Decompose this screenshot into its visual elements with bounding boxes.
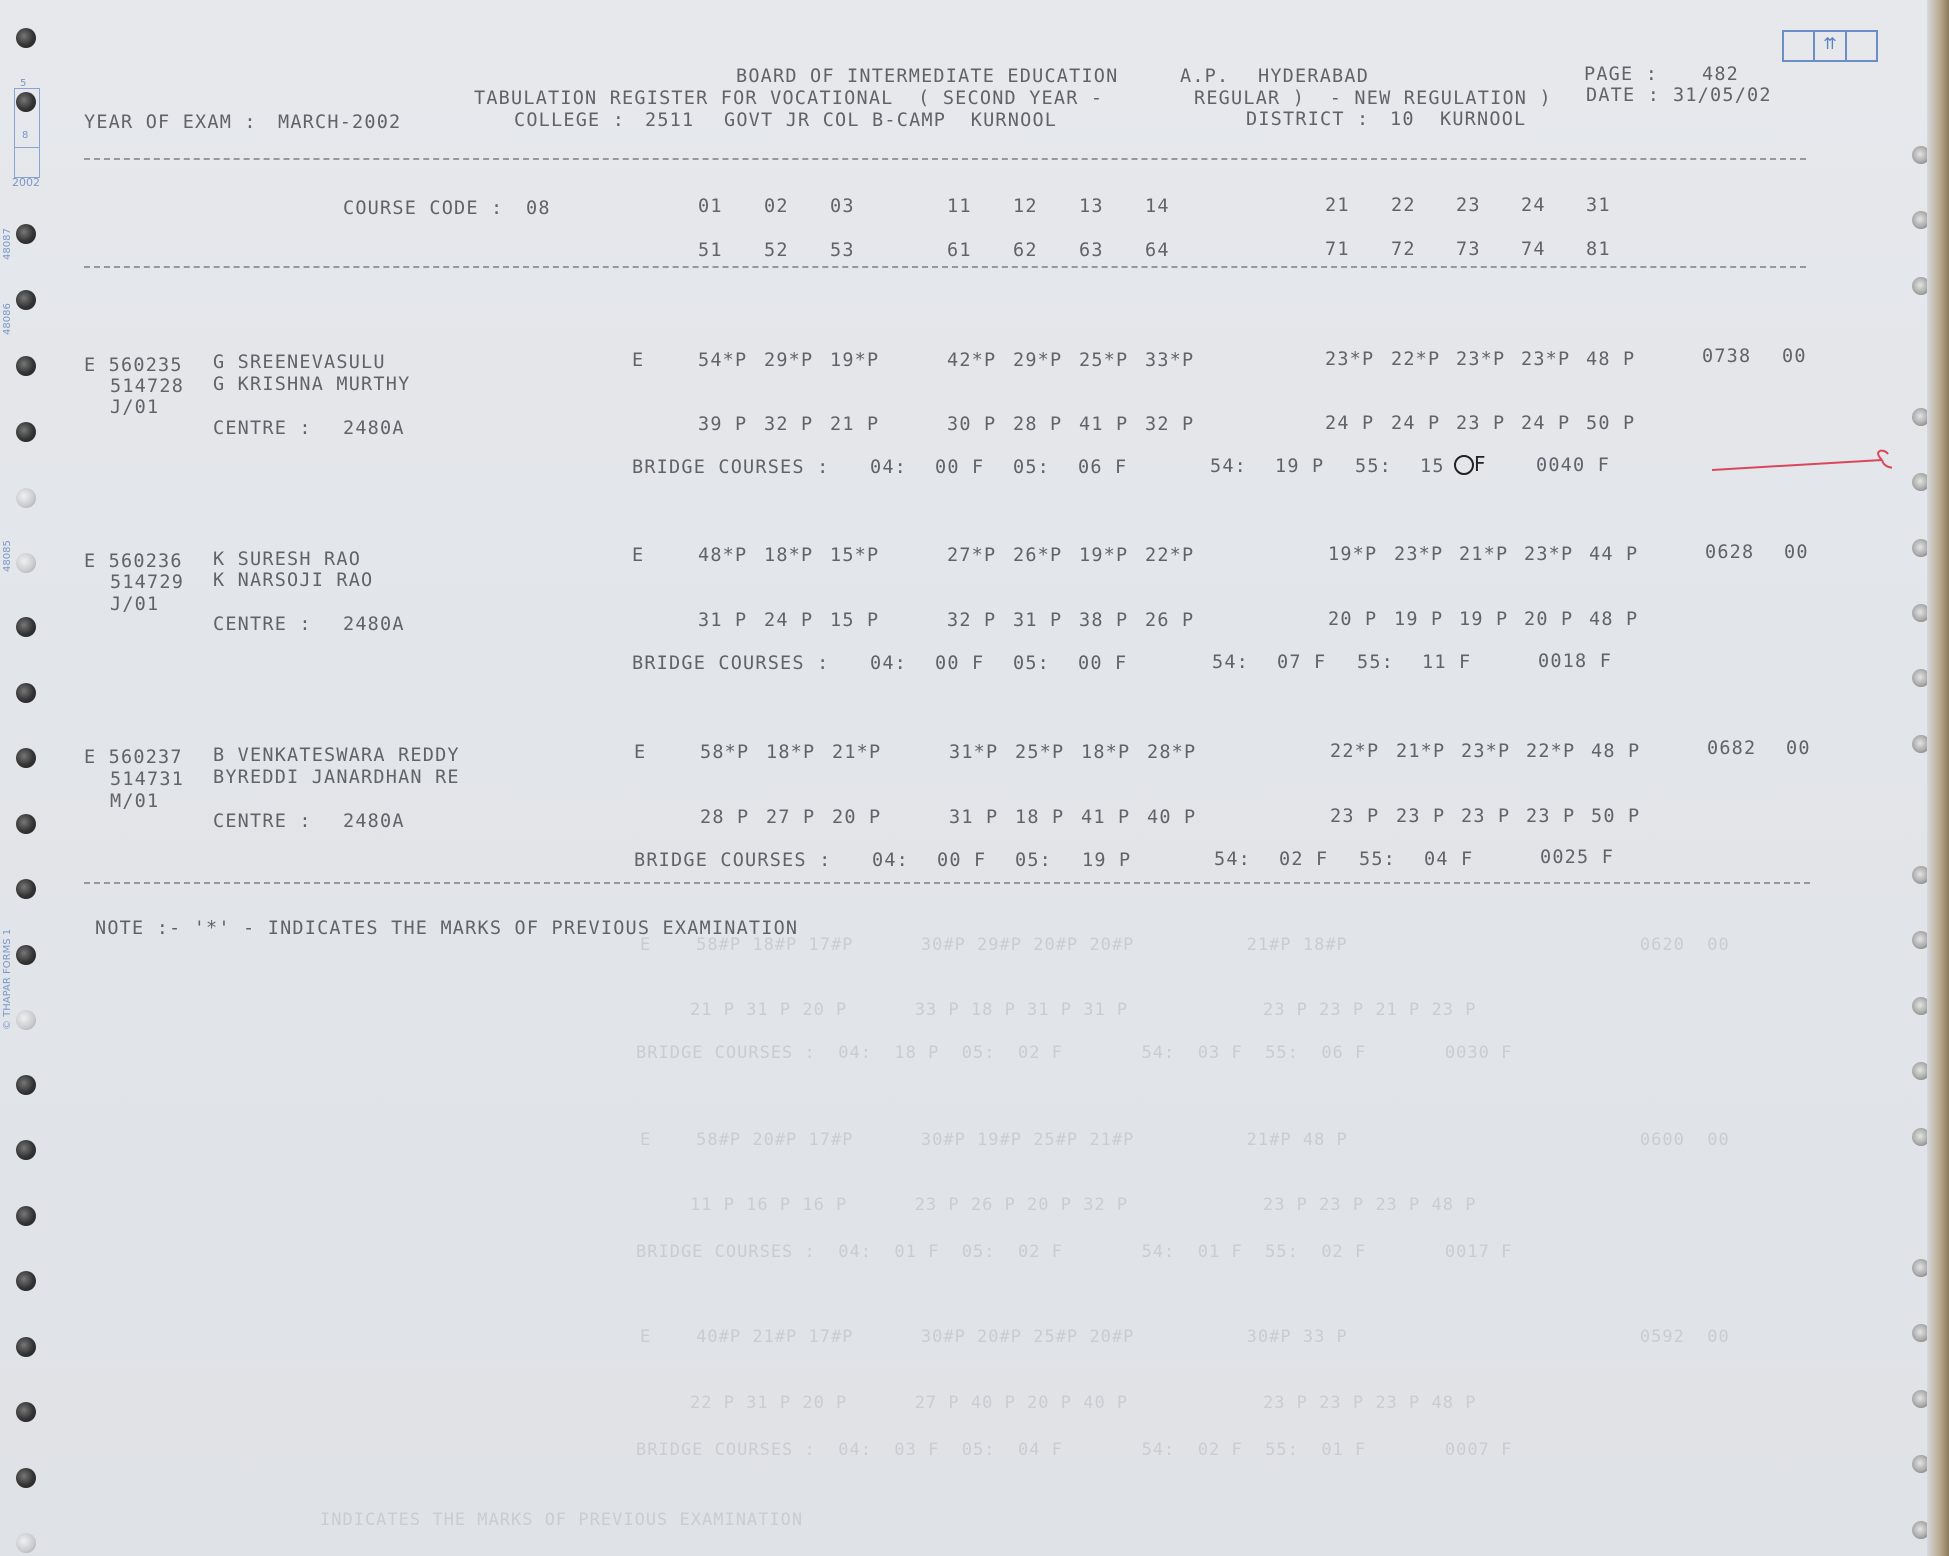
medium: E <box>634 742 646 763</box>
bridge-mark: 02 F <box>1279 849 1328 870</box>
college-code: 2511 <box>645 110 694 131</box>
centre-label: CENTRE : <box>213 418 312 439</box>
mark: 20 P <box>1524 609 1573 630</box>
category: M/01 <box>110 791 159 812</box>
handwritten-fail-mark: F <box>1474 452 1486 476</box>
subject-code: 73 <box>1456 239 1481 260</box>
mark: 22*P <box>1526 741 1575 762</box>
bridge-code: 05: <box>1013 653 1050 674</box>
hall-ticket: E 560235 <box>84 355 183 376</box>
subject-code: 23 <box>1456 195 1481 216</box>
college-label: COLLEGE : <box>514 110 625 131</box>
mark: 19*P <box>830 350 879 371</box>
mark: 23 P <box>1396 806 1445 827</box>
records-footer-divider <box>84 882 1810 884</box>
mark: 23*P <box>1456 349 1505 370</box>
page-number: 482 <box>1702 64 1739 85</box>
mark: 23*P <box>1524 544 1573 565</box>
subject-code: 12 <box>1013 196 1038 217</box>
mark: 23*P <box>1521 349 1570 370</box>
margin-serial-2: 48086 <box>2 303 13 335</box>
subject-code: 14 <box>1145 196 1170 217</box>
stamp-arrows-icon: ⇈ <box>1815 34 1844 53</box>
subject-code: 02 <box>764 196 789 217</box>
mark: 26*P <box>1013 545 1062 566</box>
mark: 22*P <box>1145 545 1194 566</box>
mark: 41 P <box>1081 807 1130 828</box>
mark: 21*P <box>1459 544 1508 565</box>
mark: 23*P <box>1461 741 1510 762</box>
mark: 23*P <box>1325 349 1374 370</box>
mark: 42*P <box>947 350 996 371</box>
regulation-label: REGULAR ) - NEW REGULATION ) <box>1194 88 1552 109</box>
grand-total: 0682 <box>1707 738 1756 759</box>
mark: 38 P <box>1079 610 1128 631</box>
handwritten-circle-mark <box>1454 455 1474 475</box>
course-code-label: COURSE CODE : <box>343 198 503 219</box>
mark: 19*P <box>1079 545 1128 566</box>
mark: 27*P <box>947 545 996 566</box>
centre-code: 2480A <box>343 811 405 832</box>
header-divider <box>84 158 1806 160</box>
red-pen-annotation-icon <box>1712 448 1892 478</box>
subject-code: 51 <box>698 240 723 261</box>
college-name: GOVT JR COL B-CAMP KURNOOL <box>724 110 1057 131</box>
mark: 58*P <box>700 742 749 763</box>
subject-code: 24 <box>1521 195 1546 216</box>
reg-no: 514731 <box>110 769 184 790</box>
mark: 24 P <box>1325 413 1374 434</box>
subject-code: 01 <box>698 196 723 217</box>
bridge-mark: 11 F <box>1422 652 1471 673</box>
subject-code: 72 <box>1391 239 1416 260</box>
mark: 32 P <box>1145 414 1194 435</box>
mark: 32 P <box>764 414 813 435</box>
mark: 26 P <box>1145 610 1194 631</box>
print-date: 31/05/02 <box>1673 85 1772 106</box>
mark: 27 P <box>766 807 815 828</box>
hall-ticket: E 560236 <box>84 551 183 572</box>
subject-code: 11 <box>947 196 972 217</box>
mark: 23 P <box>1461 806 1510 827</box>
subject-code: 53 <box>830 240 855 261</box>
margin-box-mid-number: 8 <box>22 130 28 141</box>
medium: E <box>632 350 644 371</box>
medium: E <box>632 545 644 566</box>
course-code-value: 08 <box>526 198 551 219</box>
mark: 41 P <box>1079 414 1128 435</box>
subject-code: 52 <box>764 240 789 261</box>
district-code: 10 <box>1390 109 1415 130</box>
mark: 15*P <box>830 545 879 566</box>
subject-code: 21 <box>1325 195 1350 216</box>
centre-code: 2480A <box>343 418 405 439</box>
mark: 40 P <box>1147 807 1196 828</box>
mark: 19 P <box>1394 609 1443 630</box>
mark: 50 P <box>1586 413 1635 434</box>
mark: 54*P <box>698 350 747 371</box>
father-name: G KRISHNA MURTHY <box>213 374 410 395</box>
mark: 48 P <box>1589 609 1638 630</box>
category: J/01 <box>110 594 159 615</box>
grand-total: 0628 <box>1705 542 1754 563</box>
mark: 23 P <box>1330 806 1379 827</box>
mark: 18*P <box>1081 742 1130 763</box>
mark: 15 P <box>830 610 879 631</box>
register-title: TABULATION REGISTER FOR VOCATIONAL ( SEC… <box>474 88 1103 109</box>
page-label: PAGE : <box>1584 64 1658 85</box>
bridge-code: 55: <box>1357 652 1394 673</box>
subject-code: 31 <box>1586 195 1611 216</box>
margin-serial-3: 48085 <box>2 540 13 572</box>
bridge-code: 04: <box>872 850 909 871</box>
mark: 44 P <box>1589 544 1638 565</box>
mark: 48 P <box>1586 349 1635 370</box>
subject-code: 64 <box>1145 240 1170 261</box>
mark: 31*P <box>949 742 998 763</box>
bridge-mark: 06 F <box>1078 457 1127 478</box>
bridge-code: 54: <box>1212 652 1249 673</box>
bridge-mark: 19 P <box>1082 850 1131 871</box>
mark: 25*P <box>1079 350 1128 371</box>
course-header-divider <box>84 266 1806 268</box>
mark: 32 P <box>947 610 996 631</box>
bridge-total: 0040 F <box>1536 455 1610 476</box>
mark: 50 P <box>1591 806 1640 827</box>
subject-code: 13 <box>1079 196 1104 217</box>
mark: 39 P <box>698 414 747 435</box>
mark: 24 P <box>1521 413 1570 434</box>
bridge-mark: 15 <box>1420 456 1445 477</box>
mark: 29*P <box>764 350 813 371</box>
mark: 21*P <box>1396 741 1445 762</box>
mark: 48 P <box>1591 741 1640 762</box>
bridge-code: 55: <box>1355 456 1392 477</box>
hall-ticket: E 560237 <box>84 747 183 768</box>
bridge-total: 0018 F <box>1538 651 1612 672</box>
paper-edge <box>1927 0 1949 1556</box>
student-name: G SREENEVASULU <box>213 352 386 373</box>
mark: 20 P <box>1328 609 1377 630</box>
mark: 21 P <box>830 414 879 435</box>
mark: 31 P <box>949 807 998 828</box>
subject-code: 74 <box>1521 239 1546 260</box>
bridge-code: 05: <box>1013 457 1050 478</box>
subject-code: 03 <box>830 196 855 217</box>
bridge-mark: 07 F <box>1277 652 1326 673</box>
result-code: 00 <box>1784 542 1809 563</box>
board-title: BOARD OF INTERMEDIATE EDUCATION <box>736 66 1118 87</box>
father-name: K NARSOJI RAO <box>213 570 373 591</box>
bridge-mark: 19 P <box>1275 456 1324 477</box>
mark: 19 P <box>1459 609 1508 630</box>
district-label: DISTRICT : <box>1246 109 1369 130</box>
student-name: B VENKATESWARA REDDY <box>213 745 460 766</box>
bridge-code: 04: <box>870 653 907 674</box>
board-city: HYDERABAD <box>1258 66 1369 87</box>
mark: 28 P <box>1013 414 1062 435</box>
mark: 48*P <box>698 545 747 566</box>
subject-code: 81 <box>1586 239 1611 260</box>
mark: 33*P <box>1145 350 1194 371</box>
bridge-code: 05: <box>1015 850 1052 871</box>
bridge-mark: 00 F <box>937 850 986 871</box>
reg-no: 514729 <box>110 572 184 593</box>
mark: 30 P <box>947 414 996 435</box>
centre-label: CENTRE : <box>213 811 312 832</box>
margin-year: 2002 <box>12 176 40 189</box>
margin-serial-1: 48087 <box>2 228 13 260</box>
mark: 19*P <box>1328 544 1377 565</box>
mark: 23 P <box>1526 806 1575 827</box>
student-name: K SURESH RAO <box>213 549 361 570</box>
year-of-exam: MARCH-2002 <box>278 112 401 133</box>
centre-label: CENTRE : <box>213 614 312 635</box>
mark: 29*P <box>1013 350 1062 371</box>
board-state: A.P. <box>1180 66 1229 87</box>
bridge-mark: 04 F <box>1424 849 1473 870</box>
father-name: BYREDDI JANARDHAN RE <box>213 767 460 788</box>
subject-code: 63 <box>1079 240 1104 261</box>
bridge-mark: 00 F <box>935 457 984 478</box>
mark: 23 P <box>1456 413 1505 434</box>
bridge-courses-label: BRIDGE COURSES : <box>632 653 829 674</box>
bridge-mark: 00 F <box>1078 653 1127 674</box>
mark: 18*P <box>764 545 813 566</box>
centre-code: 2480A <box>343 614 405 635</box>
date-label: DATE : <box>1586 85 1660 106</box>
mark: 22*P <box>1391 349 1440 370</box>
tabulation-register-sheet: 5 8 2002 48087 48086 48085 © THAPAR FORM… <box>0 0 1930 1556</box>
result-code: 00 <box>1782 346 1807 367</box>
mark: 21*P <box>832 742 881 763</box>
bridge-code: 04: <box>870 457 907 478</box>
bridge-courses-label: BRIDGE COURSES : <box>634 850 831 871</box>
result-code: 00 <box>1786 738 1811 759</box>
mark: 24 P <box>764 610 813 631</box>
subject-code: 61 <box>947 240 972 261</box>
mark: 18 P <box>1015 807 1064 828</box>
mark: 23*P <box>1394 544 1443 565</box>
mark: 28 P <box>700 807 749 828</box>
subject-code: 71 <box>1325 239 1350 260</box>
bridge-code: 54: <box>1210 456 1247 477</box>
subject-code: 62 <box>1013 240 1038 261</box>
mark: 20 P <box>832 807 881 828</box>
office-stamp-box: ⇈ <box>1782 30 1878 62</box>
bridge-total: 0025 F <box>1540 847 1614 868</box>
category: J/01 <box>110 397 159 418</box>
mark: 31 P <box>1013 610 1062 631</box>
mark: 31 P <box>698 610 747 631</box>
year-label: YEAR OF EXAM : <box>84 112 257 133</box>
district-name: KURNOOL <box>1440 109 1526 130</box>
subject-code: 22 <box>1391 195 1416 216</box>
mark: 28*P <box>1147 742 1196 763</box>
reg-no: 514728 <box>110 376 184 397</box>
mark: 25*P <box>1015 742 1064 763</box>
mark: 22*P <box>1330 741 1379 762</box>
bridge-code: 54: <box>1214 849 1251 870</box>
mark: 24 P <box>1391 413 1440 434</box>
bridge-courses-label: BRIDGE COURSES : <box>632 457 829 478</box>
bridge-code: 55: <box>1359 849 1396 870</box>
bridge-mark: 00 F <box>935 653 984 674</box>
margin-printer-credit: © THAPAR FORMS 1 <box>2 929 13 1030</box>
grand-total: 0738 <box>1702 346 1751 367</box>
mark: 18*P <box>766 742 815 763</box>
